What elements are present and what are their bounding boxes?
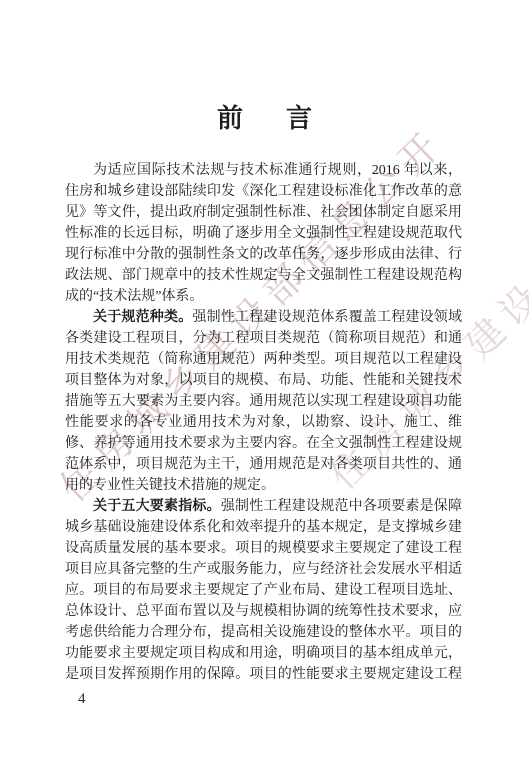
text-line-p3-l2: 城乡基础设施建设体系化和效率提升的基本规定，是支撑城乡建 — [65, 517, 462, 538]
text-line-p3-l6: 总体设计、总平面布置以及与规模相协调的统筹性技术要求，应 — [65, 601, 462, 622]
paragraph-lead: 关于五大要素指标。 — [93, 499, 221, 514]
text-line-p2-l9: 用的专业性关键技术措施的规定。 — [65, 475, 462, 496]
text-line-p1-l5: 现行标准中分散的强制性条文的改革任务，逐步形成由法律、行 — [65, 244, 462, 265]
text-line-p1-l1: 为适应国际技术法规与技术标准通行规则，2016 年以来， — [65, 160, 462, 181]
text-line-p2-l3: 用技术类规范（简称通用规范）两种类型。项目规范以工程建设 — [65, 349, 462, 370]
text-line-p2-l2: 各类建设工程项目，分为工程项目类规范（简称项目规范）和通 — [65, 328, 462, 349]
title-char-1: 前 — [217, 98, 243, 135]
text-line-p3-l5: 应。项目的布局要求主要规定了产业布局、建设工程项目选址、 — [65, 580, 462, 601]
text-line-p2-l4: 项目整体为对象，以项目的规模、布局、功能、性能和关键技术 — [65, 370, 462, 391]
text-line-p2-l7: 修、养护等通用技术要求为主要内容。在全文强制性工程建设规 — [65, 433, 462, 454]
page-number: 4 — [78, 691, 86, 708]
text-line-p3-l9: 是项目发挥预期作用的保障。项目的性能要求主要规定建设工程 — [65, 664, 462, 685]
text-line-p1-l7: 成的“技术法规”体系。 — [65, 286, 462, 307]
page-title: 前 言 — [0, 98, 529, 135]
document-page: 住房城乡建设部信息公开 住房城乡建设部信息公开 前 言 为适应国际技术法规与技术… — [0, 0, 529, 767]
text-line-p3-l8: 功能要求主要规定项目构成和用途，明确项目的基本组成单元， — [65, 643, 462, 664]
text-line-p3-l3: 设高质量发展的基本要求。项目的规模要求主要规定了建设工程 — [65, 538, 462, 559]
text-line-p2-l8: 范体系中，项目规范为主干，通用规范是对各类项目共性的、通 — [65, 454, 462, 475]
body-text: 为适应国际技术法规与技术标准通行规则，2016 年以来，住房和城乡建设部陆续印发… — [65, 160, 462, 685]
text-line-p2-l5: 措施等五大要素为主要内容。通用规范以实现工程建设项目功能 — [65, 391, 462, 412]
text-line-p1-l6: 政法规、部门规章中的技术性规定与全文强制性工程建设规范构 — [65, 265, 462, 286]
text-line-p1-l2: 住房和城乡建设部陆续印发《深化工程建设标准化工作改革的意 — [65, 181, 462, 202]
text-line-p3-l1: 关于五大要素指标。强制性工程建设规范中各项要素是保障 — [65, 496, 462, 517]
text-line-p2-l6: 性能要求的各专业通用技术为对象，以勘察、设计、施工、维 — [65, 412, 462, 433]
text-line-p2-l1: 关于规范种类。强制性工程建设规范体系覆盖工程建设领域 — [65, 307, 462, 328]
text-line-p3-l4: 项目应具备完整的生产或服务能力，应与经济社会发展水平相适 — [65, 559, 462, 580]
text-line-p1-l3: 见》等文件，提出政府制定强制性标准、社会团体制定自愿采用 — [65, 202, 462, 223]
paragraph-lead: 关于规范种类。 — [93, 310, 192, 325]
title-char-2: 言 — [286, 98, 312, 135]
text-line-p3-l7: 考虑供给能力合理分布，提高相关设施建设的整体水平。项目的 — [65, 622, 462, 643]
text-line-p1-l4: 性标准的长远目标，明确了逐步用全文强制性工程建设规范取代 — [65, 223, 462, 244]
